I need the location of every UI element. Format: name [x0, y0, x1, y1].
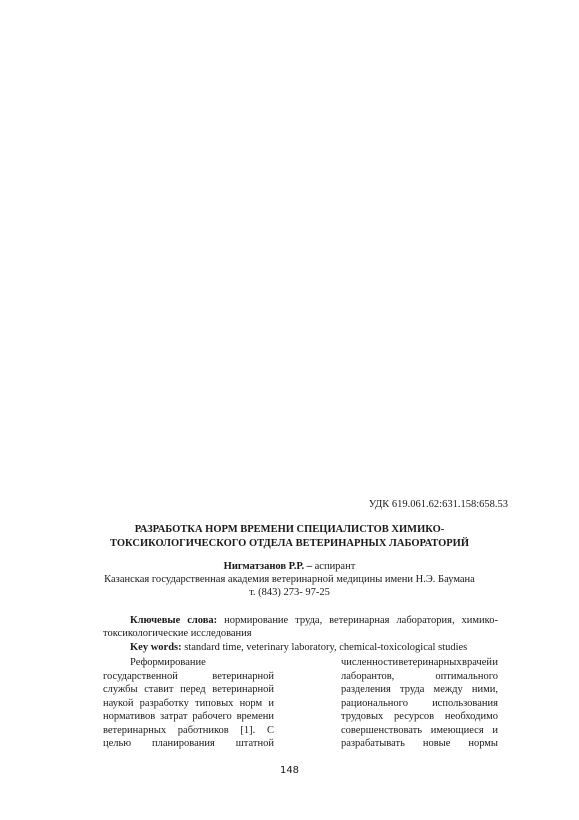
keywords-en-label: Key words: — [130, 642, 182, 653]
body-left-column: Реформирование государственнойветеринарн… — [103, 656, 274, 751]
keywords-ru-label: Ключевые слова: — [130, 615, 217, 626]
article-title-line-2: ТОКСИКОЛОГИЧЕСКОГО ОТДЕЛА ВЕТЕРИНАРНЫХ Л… — [0, 537, 579, 551]
udk-code: УДК 619.061.62:631.158:658.53 — [369, 499, 508, 510]
keywords-en-text: standard time, veterinary laboratory, ch… — [182, 642, 468, 653]
body-line: рациональногоиспользования — [341, 697, 498, 711]
body-line: лаборантов,оптимального — [341, 670, 498, 684]
body-line: нормативовзатратрабочеговремени — [103, 710, 274, 724]
body-line: численностиветеринарныхврачейи — [341, 656, 498, 670]
author-line: Нигматзанов Р.Р. – аспирант — [0, 560, 579, 573]
keywords-ru-text: нормирование труда, ветеринарная лаборат… — [217, 615, 498, 626]
body-line: совершенствоватьимеющиесяи — [341, 724, 498, 738]
author-role: аспирант — [312, 561, 355, 572]
body-line: государственнойветеринарной — [103, 670, 274, 684]
keywords-ru-line-1: Ключевые слова: нормирование труда, вете… — [130, 614, 498, 628]
body-line: трудовыхресурсовнеобходимо — [341, 710, 498, 724]
page-number: 148 — [0, 765, 579, 776]
body-line: наукойразработкутиповыхнорми — [103, 697, 274, 711]
author-name: Нигматзанов Р.Р. – — [224, 561, 312, 572]
body-line: Реформирование — [103, 656, 274, 670]
body-line: службыставитпередветеринарной — [103, 683, 274, 697]
body-line: цельюпланированияштатной — [103, 737, 274, 751]
keywords-ru-line-2: токсикологические исследования — [103, 627, 252, 641]
article-title-line-1: РАЗРАБОТКА НОРМ ВРЕМЕНИ СПЕЦИАЛИСТОВ ХИМ… — [0, 523, 579, 537]
keywords-en: Key words: standard time, veterinary lab… — [130, 641, 467, 655]
body-line: разделениятрудамеждуними, — [341, 683, 498, 697]
body-right-column: численностиветеринарныхврачейи лаборанто… — [341, 656, 498, 751]
body-line: ветеринарныхработников[1].С — [103, 724, 274, 738]
author-affiliation: Казанская государственная академия ветер… — [0, 573, 579, 586]
body-line: разрабатыватьновыенормы — [341, 737, 498, 751]
author-phone: т. (843) 273- 97-25 — [0, 586, 579, 599]
